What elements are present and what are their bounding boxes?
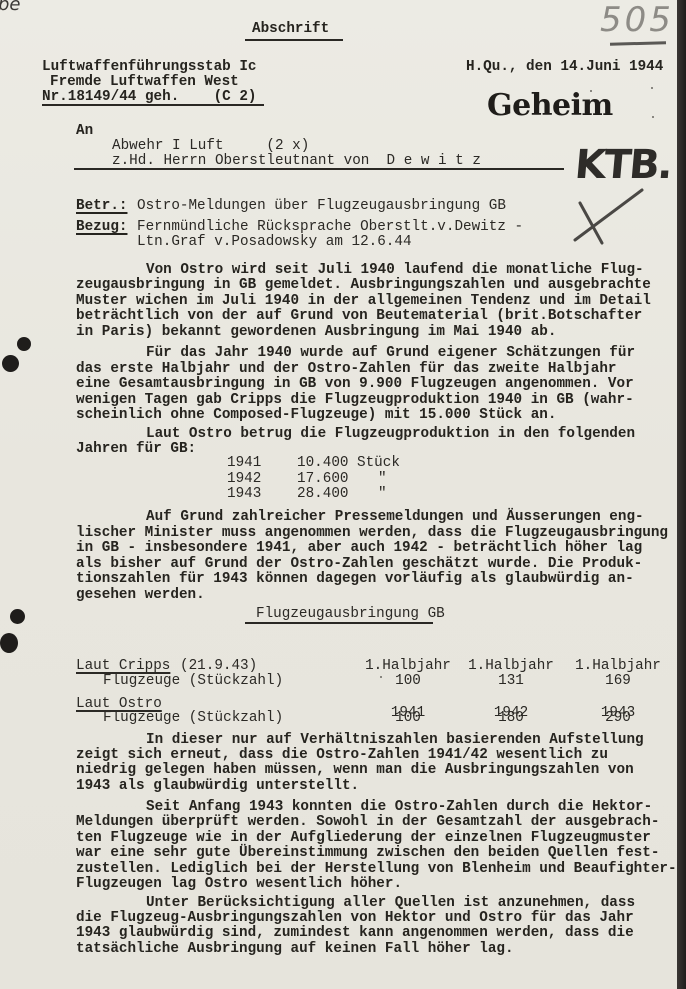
paragraph-line: tionszahlen für 1943 können dagegen vorl… [76,572,634,588]
copy-label: Abschrift [252,22,329,38]
subject-text: Ostro-Meldungen über Flugzeugausbringung… [137,199,506,215]
paragraph-line: Jahren für GB: [76,442,196,458]
sender-underline [42,104,264,106]
subject-label: Betr.: [76,199,127,215]
punch-hole [17,337,31,351]
paragraph-line: zeugausbringung in GB gemeldet. Ausbring… [76,278,651,294]
paper-speck [380,676,382,678]
table-cell: 100 [352,711,464,727]
table-cell: 290 [562,711,674,727]
recipient-underline [74,168,564,170]
paragraph-line: niedrig gelegen haben müssen, wenn man d… [76,763,634,779]
paragraph-line: 1943 glaubwürdig sind, zumindest kann an… [76,926,634,942]
paragraph-line: beträchtlich von der auf Grund von Beute… [76,309,642,325]
classification-stamp: Geheim [487,88,613,123]
recipient-label: An [76,124,93,140]
document-page: be Abschrift 505 Luftwaffenführungsstab … [0,0,686,989]
table-row-label: Flugzeuge (Stückzahl) [103,674,283,690]
list-unit: " [378,487,387,503]
archive-number: 505 [600,0,674,40]
paragraph-line: Auf Grund zahlreicher Pressemeldungen un… [146,510,644,526]
paragraph-line: Für das Jahr 1940 wurde auf Grund eigene… [146,346,635,362]
punch-hole [10,609,25,624]
paper-speck [590,90,592,92]
reference-line2: Ltn.Graf v.Posadowsky am 12.6.44 [137,235,412,251]
paper-speck [652,116,654,118]
table-cell: 100 [352,674,464,690]
paragraph-line: tatsächliche Ausbringung auf keinen Fall… [76,942,514,958]
reference-label: Bezug: [76,220,127,236]
paragraph-line: Laut Ostro betrug die Flugzeugproduktion… [146,427,635,443]
handwritten-check-icon [570,185,645,250]
table-cell: 169 [562,674,674,690]
list-value: 28.400 [297,487,348,503]
paragraph-line: in Paris) bekannt gewordenen Ausbringung… [76,325,556,341]
table-title-underline [245,622,433,624]
table-row-label: Flugzeuge (Stückzahl) [103,711,283,727]
list-year: 1943 [227,487,261,503]
list-year: 1941 [227,456,261,472]
paragraph-line: gesehen werden. [76,588,205,604]
table-cell: 131 [455,674,567,690]
paragraph-line: Flugzeugen lag Ostro wesentlich höher. [76,877,402,893]
list-value: 10.400 [297,456,348,472]
handwritten-ktb: KTB. [573,142,673,188]
paragraph-line: 1943 als glaubwürdig unterstellt. [76,779,359,795]
paper-speck [651,87,653,89]
copy-label-underline [245,39,343,41]
place-date: H.Qu., den 14.Juni 1944 [466,60,663,76]
punch-hole [0,633,18,653]
table-title: Flugzeugausbringung GB [256,607,445,623]
paragraph-line: war eine sehr gute Übereinstimmung zwisc… [76,846,659,862]
punch-hole [2,355,19,372]
table-cell: 180 [455,711,567,727]
scan-edge-shadow [677,0,686,989]
paragraph-line: Meldungen überprüft werden. Sowohl in de… [76,815,659,831]
paragraph-line: in GB - insbesondere 1941, aber auch 194… [76,541,642,557]
paragraph-line: eine Gesamtausbringung in GB von 9.900 F… [76,377,634,393]
list-unit: Stück [357,456,400,472]
paragraph-line: scheinlich ohne Composed-Flugzeuge) mit … [76,408,556,424]
archive-number-underline [610,41,666,45]
marginal-note: be [0,0,21,15]
